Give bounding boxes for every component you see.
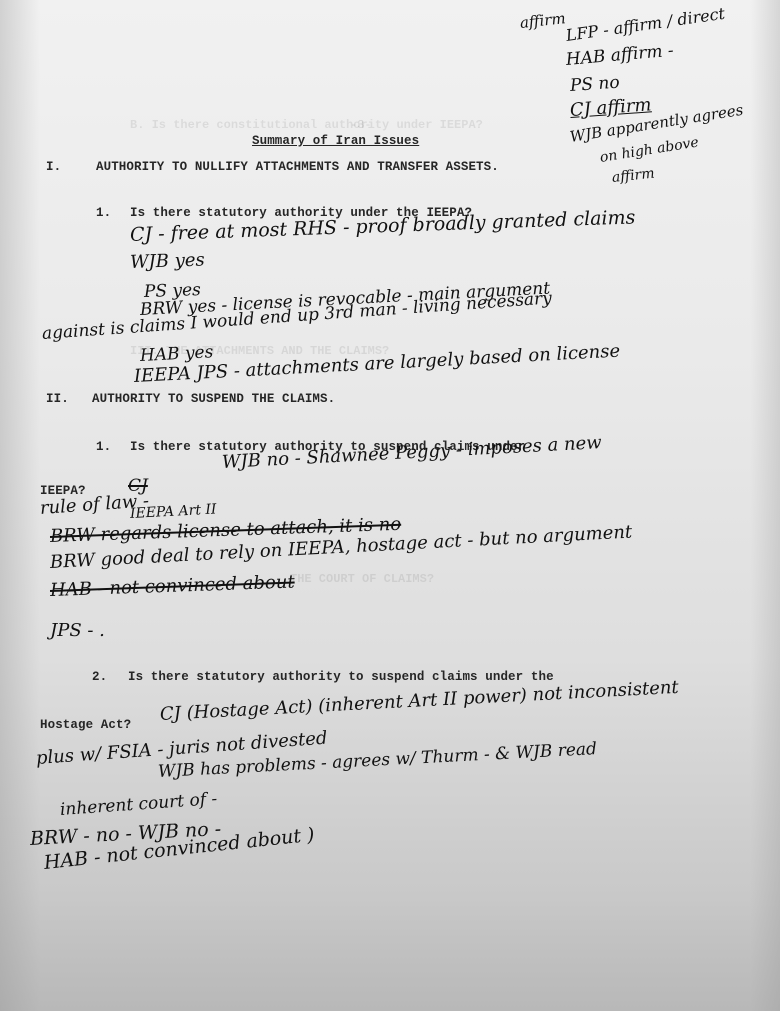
scanned-page: -3- B. Is there constitutional authority…: [0, 0, 780, 1011]
question-text: Is there statutory authority to suspend …: [128, 670, 554, 684]
section-heading: AUTHORITY TO NULLIFY ATTACHMENTS AND TRA…: [96, 160, 499, 174]
handwritten-note: on high above: [599, 134, 700, 165]
scan-shadow-left: [0, 0, 40, 1011]
scan-shadow-right: [750, 0, 780, 1011]
question-text-continued: Hostage Act?: [40, 718, 131, 732]
handwritten-note: PS no: [569, 73, 620, 96]
handwritten-note: JPS - .: [50, 620, 105, 641]
question-number: 1.: [96, 206, 111, 220]
section-numeral: II.: [46, 392, 69, 406]
handwritten-note: inherent court of -: [59, 789, 218, 820]
question-number: 1.: [96, 440, 111, 454]
section-numeral: I.: [46, 160, 61, 174]
question-number: 2.: [92, 670, 107, 684]
handwritten-note: CJ (Hostage Act) (inherent Art II power)…: [159, 677, 679, 725]
bleed-through-text: B. Is there constitutional authority und…: [130, 118, 483, 132]
handwritten-note: HAB affirm -: [565, 41, 674, 70]
handwritten-note: affirm: [519, 9, 566, 32]
handwritten-note: affirm: [611, 166, 655, 186]
handwritten-note: IEEPA Art II: [130, 501, 217, 522]
bleed-through-text: THE COURT OF CLAIMS?: [290, 572, 434, 586]
handwritten-note: WJB yes: [130, 249, 205, 273]
document-title: Summary of Iran Issues: [252, 134, 419, 148]
handwritten-note: LFP - affirm / direct: [565, 4, 726, 45]
handwritten-struck-note: HAB - not convinced about: [50, 571, 295, 601]
section-heading: AUTHORITY TO SUSPEND THE CLAIMS.: [92, 392, 335, 406]
handwritten-note: WJB no - Shawnee Peggy - imposes a new: [221, 432, 602, 473]
